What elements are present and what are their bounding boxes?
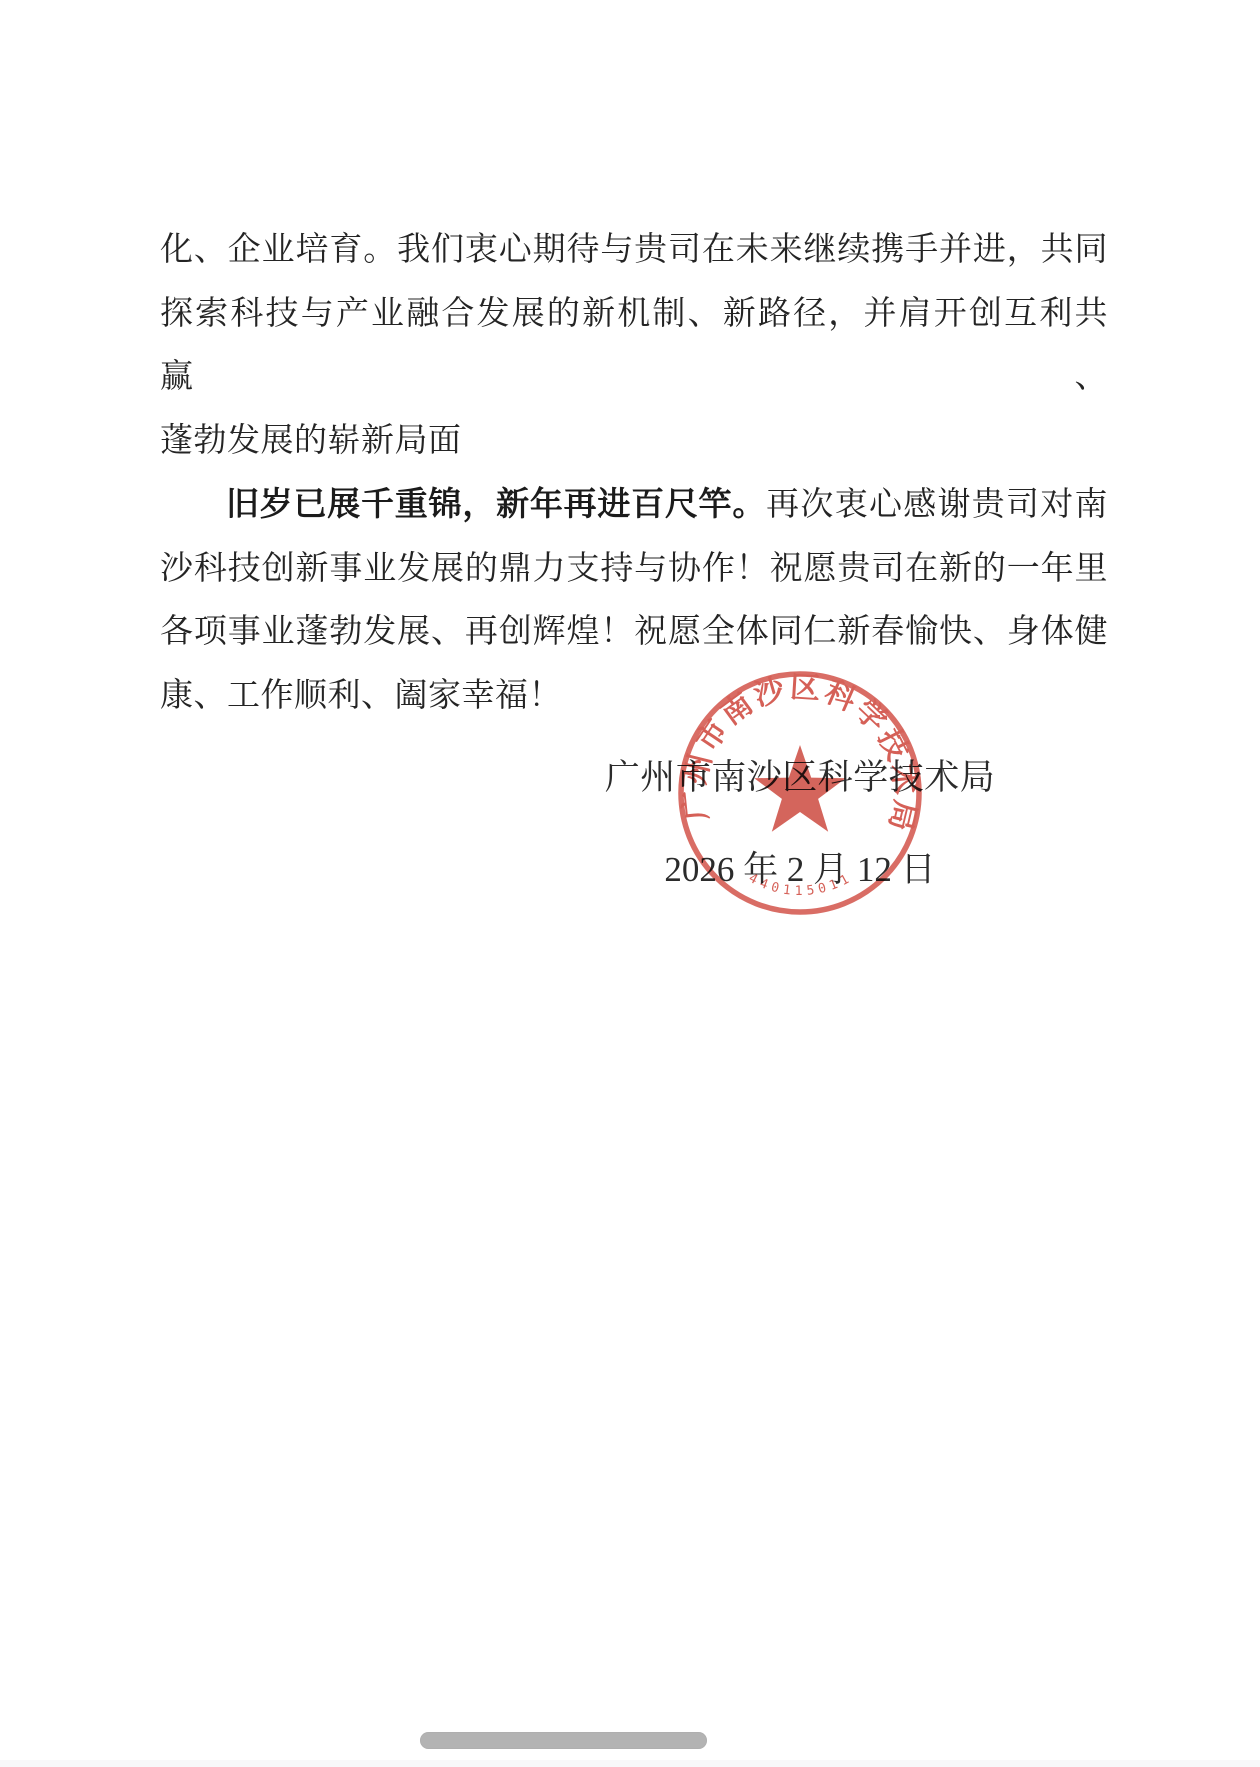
body-line: 各项事业蓬勃发展、再创辉煌！祝愿全体同仁新春愉快、身体健 (160, 601, 1108, 665)
body-line: 旧岁已展千重锦，新年再进百尺竿。再次衷心感谢贵司对南 (160, 474, 1108, 538)
body-line: 化、企业培育。我们衷心期待与贵司在未来继续携手并进，共同 (160, 219, 1108, 283)
body-line-rest: 再次衷心感谢贵司对南 (766, 487, 1108, 523)
body-line: 康、工作顺利、阖家幸福！ (160, 665, 1108, 729)
letter-body: 化、企业培育。我们衷心期待与贵司在未来继续携手并进，共同 探索科技与产业融合发展… (160, 219, 1108, 729)
page-bottom-edge (0, 1760, 1260, 1767)
body-line: 沙科技创新事业发展的鼎力支持与协作！祝愿贵司在新的一年里 (160, 538, 1108, 602)
letter-page: 化、企业培育。我们衷心期待与贵司在未来继续携手并进，共同 探索科技与产业融合发展… (0, 0, 1260, 1767)
body-line: 蓬勃发展的崭新局面 (160, 410, 1108, 474)
star-icon (754, 745, 845, 832)
horizontal-scrollbar-thumb[interactable] (420, 1732, 707, 1749)
body-line: 探索科技与产业融合发展的新机制、新路径，并肩开创互利共赢、 (160, 283, 1108, 410)
bold-couplet: 旧岁已展千重锦，新年再进百尺竿。 (226, 487, 766, 523)
official-seal-stamp-icon: 广州市南沙区科学技术局 4401150117207 (670, 663, 930, 923)
